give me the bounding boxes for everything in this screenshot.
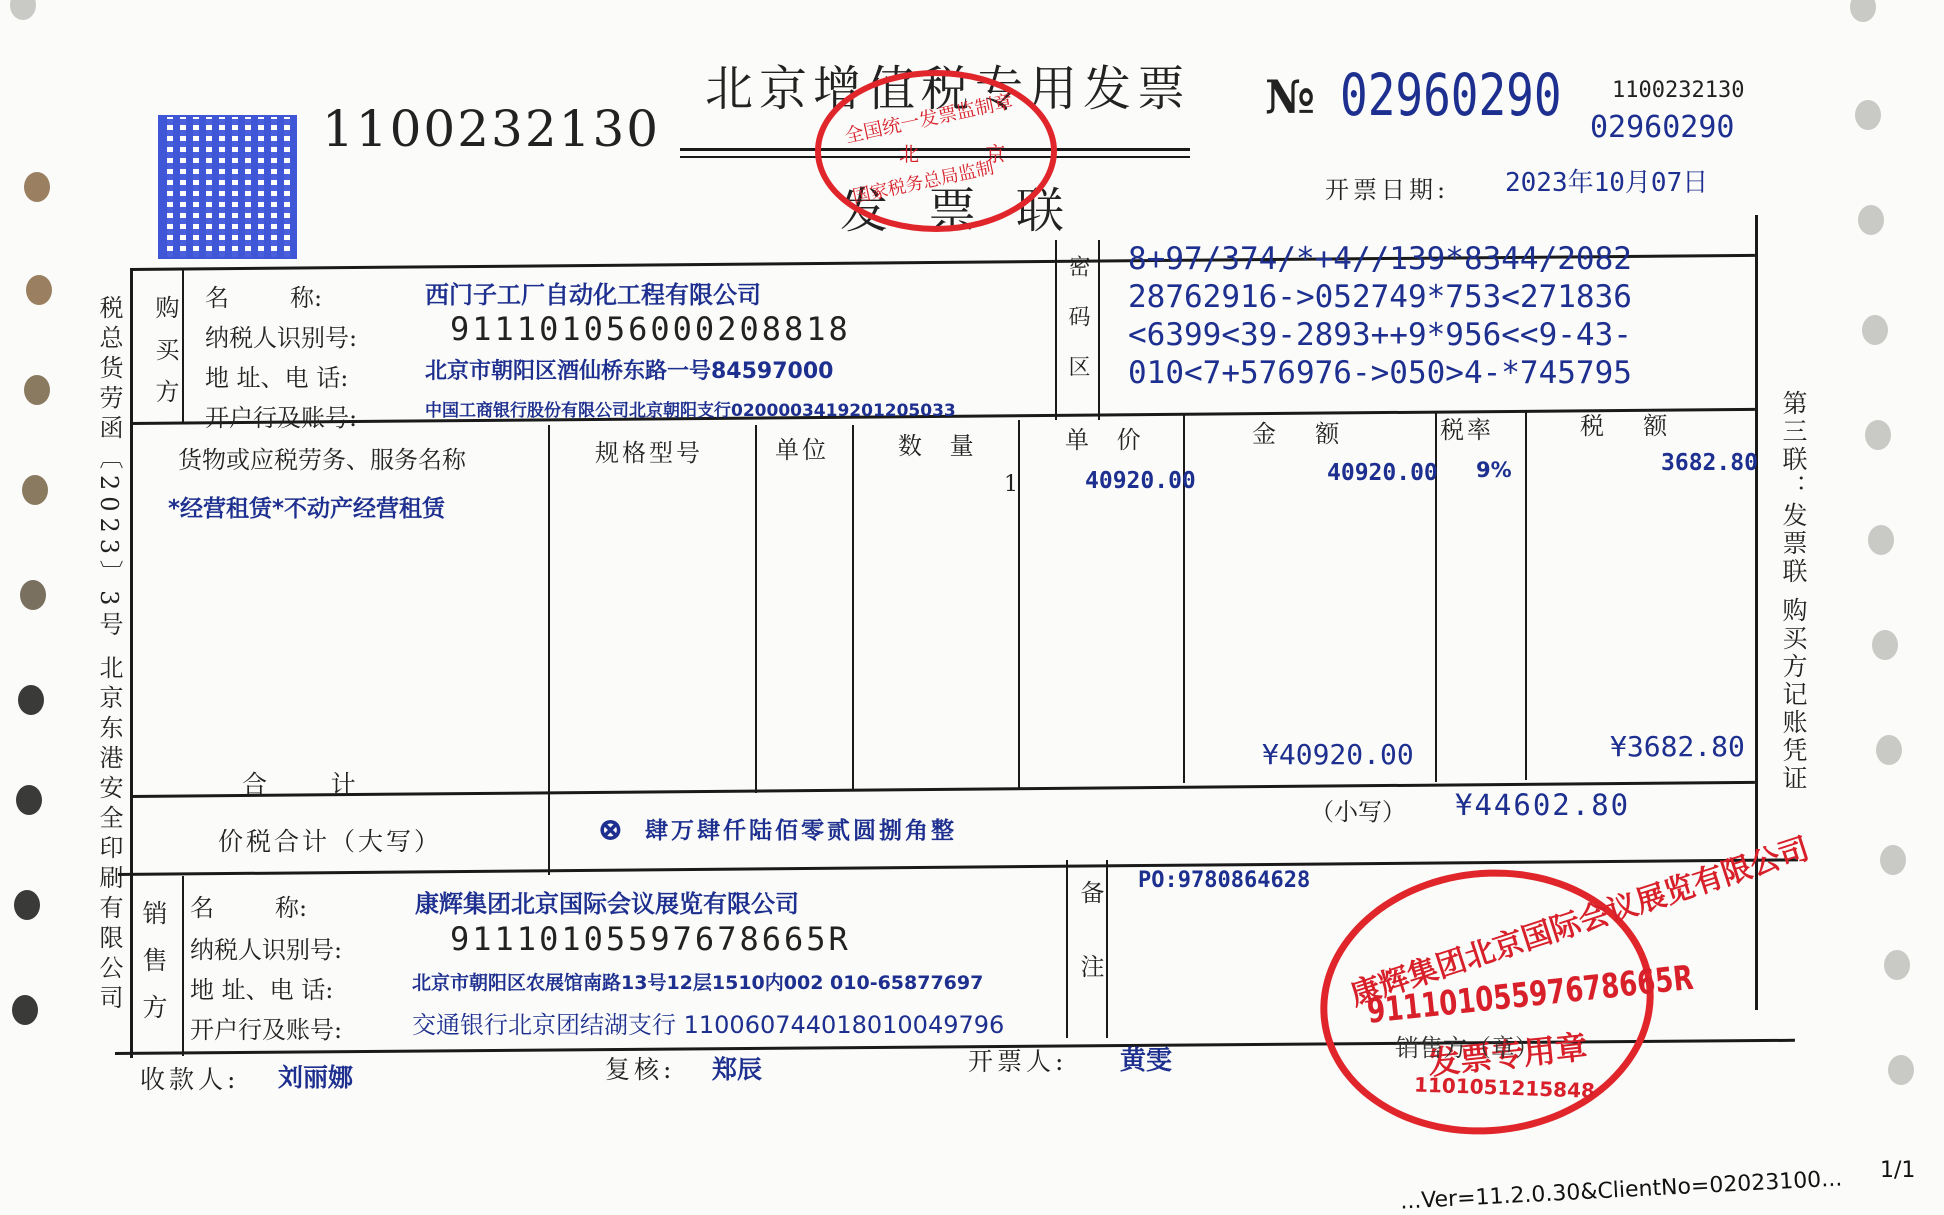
page-indicator: 1/1 (1880, 1158, 1915, 1183)
sprocket-hole (24, 172, 50, 202)
sprocket-hole (14, 890, 40, 920)
header-unit: 单位 (775, 430, 829, 465)
seller-name: 康辉集团北京国际会议展览有限公司 (415, 884, 799, 919)
grand-total-bottom-border (118, 858, 1798, 876)
seller-stamp-label: 销售方（章） (1395, 1028, 1539, 1063)
seller-bank-label: 开户行及账号: (190, 1010, 342, 1045)
invoice-number: 02960290 (1340, 61, 1562, 129)
buyer-bank: 中国工商银行股份有限公司北京朝阳支行0200003419201205033 (425, 396, 956, 421)
item-qty: 1 (1004, 472, 1018, 497)
grand-total-divider (548, 795, 550, 875)
col-divider (1525, 410, 1527, 780)
cipher-divider (1055, 240, 1057, 420)
buyer-address: 北京市朝阳区酒仙桥东路一号84597000 (425, 354, 833, 385)
grand-total-uppercase: 肆万肆仟陆佰零贰圆捌角整 (645, 812, 957, 845)
sprocket-hole (16, 785, 42, 815)
total-label: 合 计 (242, 765, 356, 801)
cipher-text: 8+97/374/*+4//139*8344/2082 28762916->05… (1128, 240, 1632, 392)
buyer-name: 西门子工厂自动化工程有限公司 (425, 275, 761, 310)
reviewer-label: 复核: (605, 1050, 675, 1086)
sprocket-hole (1858, 205, 1884, 235)
col-divider (755, 425, 757, 793)
seller-address-label: 地 址、电 话: (190, 970, 333, 1005)
issuer-label: 开票人: (968, 1042, 1067, 1078)
invoice-code-small: 1100232130 (1612, 78, 1744, 103)
grand-total-small-value: ¥44602.80 (1455, 788, 1630, 822)
sprocket-hole (24, 375, 50, 405)
sprocket-hole (1884, 950, 1910, 980)
payee-name: 刘丽娜 (278, 1058, 353, 1094)
remarks-text: PO:9780864628 (1138, 868, 1310, 893)
grand-total-small-label: （小写） (1310, 792, 1406, 827)
buyer-name-label: 名 称: (205, 278, 322, 313)
invoice-date: 2023年10月07日 (1505, 162, 1708, 199)
sprocket-hole (18, 685, 44, 715)
number-symbol: № (1265, 70, 1315, 124)
payee-label: 收款人: (140, 1060, 239, 1096)
official-seal: 全国统一发票监制章 北 京 国家税务总局监制 (815, 70, 1057, 232)
col-divider (548, 425, 550, 795)
seller-tax-id-label: 纳税人识别号: (190, 930, 342, 965)
item-unit-price: 40920.00 (1085, 468, 1196, 494)
col-divider (1018, 420, 1020, 788)
total-tax: ¥3682.80 (1610, 730, 1745, 763)
seller-tax-id: 91110105597678665R (450, 920, 851, 958)
invoice-number-small: 02960290 (1590, 110, 1735, 145)
sprocket-hole (22, 475, 48, 505)
item-tax-rate: 9% (1476, 458, 1512, 482)
cipher-divider (1098, 240, 1100, 420)
sprocket-hole (1888, 1055, 1914, 1085)
invoice-paper: 1100232130 北京增值税专用发票 发票联 全国统一发票监制章 北 京 国… (0, 0, 1944, 1215)
cross-circle-icon: ⊗ (597, 810, 624, 848)
seller-invoice-stamp: 康辉集团北京国际会议展览有限公司 91110105597678665R 发票专用… (1307, 853, 1667, 1150)
sprocket-hole (1880, 845, 1906, 875)
sprocket-hole (10, 0, 36, 20)
header-tax-amount: 税 额 (1580, 406, 1675, 441)
sprocket-hole (1855, 100, 1881, 130)
sprocket-hole (1876, 735, 1902, 765)
qr-code (158, 115, 297, 259)
total-amount: ¥40920.00 (1262, 738, 1414, 771)
seller-name-label: 名 称: (190, 888, 307, 923)
sprocket-hole (1872, 630, 1898, 660)
cipher-label: 密码区 (1062, 255, 1093, 405)
grand-total-label: 价税合计（大写） (218, 822, 442, 858)
item-name: *经营租赁*不动产经营租赁 (168, 490, 445, 523)
sprocket-hole (12, 995, 38, 1025)
issuer-name: 黄雯 (1120, 1040, 1172, 1077)
invoice-code: 1100232130 (322, 100, 660, 158)
header-qty: 数 量 (898, 426, 984, 461)
table-border-right (1755, 215, 1758, 1010)
sprocket-hole (1865, 420, 1891, 450)
item-tax: 3682.80 (1661, 450, 1758, 476)
sprocket-hole (1862, 315, 1888, 345)
table-border-left (130, 268, 133, 1058)
header-tax-rate: 税率 (1440, 410, 1494, 445)
printer-info: 税总货劳函〔2023〕3号 北京东港安全印刷有限公司 (92, 295, 127, 1015)
header-spec: 规格型号 (595, 433, 703, 468)
reviewer-name: 郑辰 (712, 1050, 762, 1086)
sprocket-hole (20, 580, 46, 610)
seller-divider (182, 876, 184, 1056)
buyer-tax-id: 91110105600020881​8 (450, 310, 851, 348)
print-url: ...Ver=11.2.0.30&ClientNo=02023100... (1400, 1166, 1843, 1214)
date-label: 开票日期: (1325, 170, 1449, 205)
seller-section-label: 销售方 (135, 900, 171, 1041)
col-divider (852, 425, 854, 791)
buyer-bank-label: 开户行及账号: (205, 398, 357, 433)
seller-address: 北京市朝阳区农展馆南路13号12层1510内002 010-65877697 (412, 968, 983, 995)
header-price: 单 价 (1065, 420, 1151, 455)
buyer-tax-id-label: 纳税人识别号: (205, 318, 357, 353)
remarks-divider (1066, 860, 1068, 1038)
sprocket-hole (26, 275, 52, 305)
copy-designation: 第三联：发票联 购买方记账凭证 (1775, 390, 1811, 793)
buyer-section-label: 购买方 (148, 295, 183, 421)
sprocket-hole (1868, 525, 1894, 555)
header-item-name: 货物或应税劳务、服务名称 (178, 440, 466, 475)
item-amount: 40920.00 (1327, 460, 1438, 486)
buyer-address-label: 地 址、电 话: (205, 358, 348, 393)
header-amount: 金 额 (1252, 414, 1347, 449)
seller-bank: 交通银行北京团结湖支行 110060744018010049796 (412, 1005, 1004, 1040)
remarks-label: 备注 (1073, 880, 1108, 1028)
sprocket-hole (1850, 0, 1876, 22)
